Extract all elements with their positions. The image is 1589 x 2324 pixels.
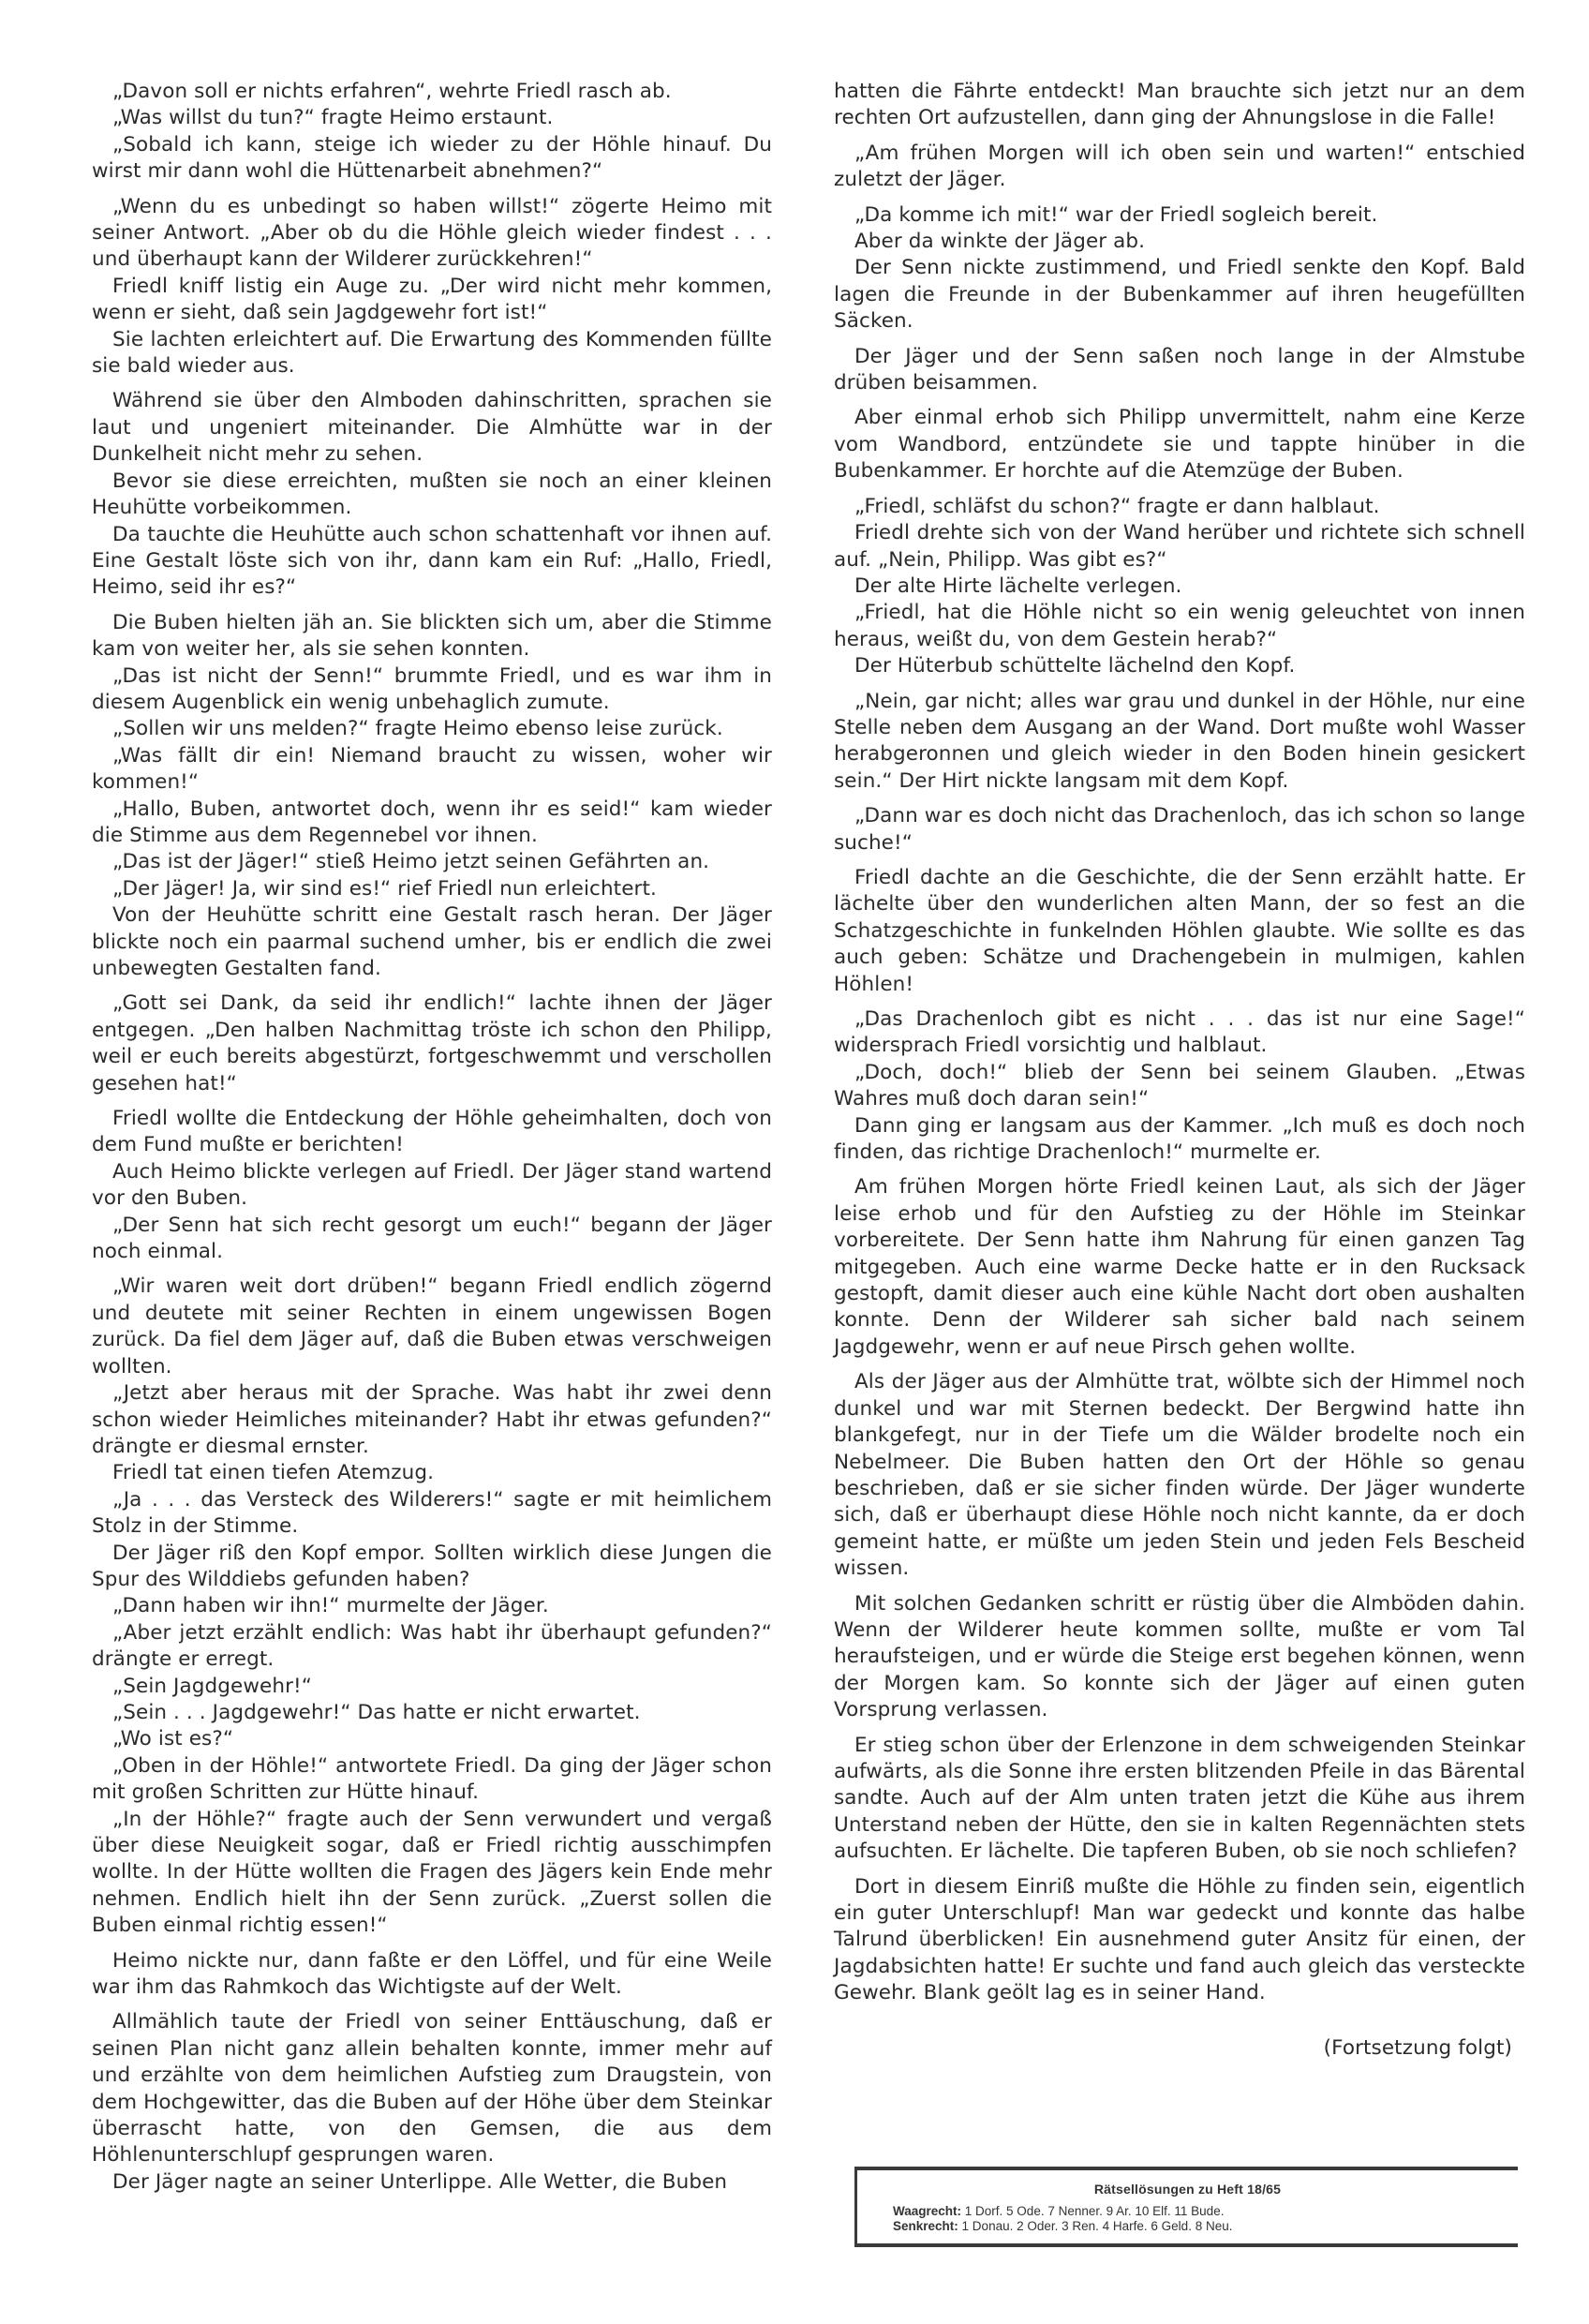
paragraph: Aber einmal erhob sich Philipp unvermitt… — [834, 405, 1525, 484]
paragraph: „In der Höhle?“ fragte auch der Senn ver… — [92, 1807, 772, 1940]
paragraph: „Wo ist es?“ — [92, 1726, 772, 1752]
paragraph: „Hallo, Buben, antwortet doch, wenn ihr … — [92, 797, 772, 850]
paragraph: Der Jäger nagte an seiner Unterlippe. Al… — [92, 2169, 772, 2196]
paragraph: „Sein Jagdgewehr!“ — [92, 1674, 772, 1700]
solutions-row-answers: 1 Donau. 2 Oder. 3 Ren. 4 Harfe. 6 Geld.… — [962, 2219, 1233, 2233]
paragraph: Friedl tat einen tiefen Atemzug. — [92, 1460, 772, 1486]
paragraph: „Das ist der Jäger!“ stieß Heimo jetzt s… — [92, 849, 772, 875]
paragraph: „Wir waren weit dort drüben!“ begann Fri… — [92, 1274, 772, 1380]
paragraph: „Dann haben wir ihn!“ murmelte der Jäger… — [92, 1593, 772, 1619]
paragraph: Friedl dachte an die Geschichte, die der… — [834, 865, 1525, 998]
paragraph: „Das ist nicht der Senn!“ brummte Friedl… — [92, 663, 772, 717]
paragraph: „Sobald ich kann, steige ich wieder zu d… — [92, 132, 772, 186]
magazine-page: „Davon soll er nichts erfahren“, wehrte … — [0, 0, 1589, 2324]
solutions-row-label: Waagrecht: — [893, 2204, 961, 2218]
paragraph: Friedl wollte die Entdeckung der Höhle g… — [92, 1106, 772, 1159]
right-text-column: hatten die Fährte entdeckt! Man brauchte… — [834, 79, 1525, 2062]
paragraph: „Das Drachenloch gibt es nicht . . . das… — [834, 1006, 1525, 1060]
paragraph: „Jetzt aber heraus mit der Sprache. Was … — [92, 1380, 772, 1460]
paragraph: Allmählich taute der Friedl von seiner E… — [92, 2009, 772, 2168]
paragraph: „Nein, gar nicht; alles war grau und dun… — [834, 689, 1525, 796]
paragraph: Heimo nickte nur, dann faßte er den Löff… — [92, 1948, 772, 2002]
paragraph: „Oben in der Höhle!“ antwortete Friedl. … — [92, 1753, 772, 1807]
solutions-row-answers: 1 Dorf. 5 Ode. 7 Nenner. 9 Ar. 10 Elf. 1… — [965, 2204, 1225, 2218]
puzzle-solutions-title: Rätsellösungen zu Heft 18/65 — [857, 2182, 1518, 2197]
puzzle-solutions-box: Rätsellösungen zu Heft 18/65 Waagrecht: … — [854, 2167, 1518, 2247]
paragraph: „Sein . . . Jagdgewehr!“ Das hatte er ni… — [92, 1700, 772, 1726]
solutions-row-down: Senkrecht: 1 Donau. 2 Oder. 3 Ren. 4 Har… — [893, 2219, 1518, 2234]
paragraph: „Der Senn hat sich recht gesorgt um euch… — [92, 1213, 772, 1266]
paragraph: Von der Heuhütte schritt eine Gestalt ra… — [92, 902, 772, 982]
paragraph: „Dann war es doch nicht das Drachenloch,… — [834, 803, 1525, 857]
paragraph: Die Buben hielten jäh an. Sie blickten s… — [92, 610, 772, 663]
paragraph: Am frühen Morgen hörte Friedl keinen Lau… — [834, 1174, 1525, 1361]
paragraph: Der Hüterbub schüttelte lächelnd den Kop… — [834, 653, 1525, 679]
paragraph: Auch Heimo blickte verlegen auf Friedl. … — [92, 1159, 772, 1213]
paragraph: Als der Jäger aus der Almhütte trat, wöl… — [834, 1369, 1525, 1582]
paragraph: „Was willst du tun?“ fragte Heimo erstau… — [92, 105, 772, 131]
continued-note: (Fortsetzung folgt) — [834, 2035, 1525, 2062]
paragraph: Bevor sie diese erreichten, mußten sie n… — [92, 469, 772, 522]
left-text-column: „Davon soll er nichts erfahren“, wehrte … — [92, 79, 772, 2196]
paragraph: „Wenn du es unbedingt so haben willst!“ … — [92, 194, 772, 274]
paragraph: Dann ging er langsam aus der Kammer. „Ic… — [834, 1113, 1525, 1167]
paragraph: „Gott sei Dank, da seid ihr endlich!“ la… — [92, 991, 772, 1097]
paragraph: Der Jäger und der Senn saßen noch lange … — [834, 344, 1525, 397]
paragraph: „Da komme ich mit!“ war der Friedl sogle… — [834, 202, 1525, 229]
paragraph: „Der Jäger! Ja, wir sind es!“ rief Fried… — [92, 876, 772, 902]
paragraph: Friedl kniff listig ein Auge zu. „Der wi… — [92, 274, 772, 327]
paragraph: Er stieg schon über der Erlenzone in dem… — [834, 1733, 1525, 1866]
paragraph: „Aber jetzt erzählt endlich: Was habt ih… — [92, 1620, 772, 1674]
paragraph: „Davon soll er nichts erfahren“, wehrte … — [92, 79, 772, 105]
paragraph: Dort in diesem Einriß mußte die Höhle zu… — [834, 1874, 1525, 2007]
paragraph: „Ja . . . das Versteck des Wilderers!“ s… — [92, 1487, 772, 1541]
paragraph: „Sollen wir uns melden?“ fragte Heimo eb… — [92, 716, 772, 742]
paragraph: Friedl drehte sich von der Wand herüber … — [834, 520, 1525, 574]
paragraph: Während sie über den Almboden dahinschri… — [92, 388, 772, 468]
paragraph: Mit solchen Gedanken schritt er rüstig ü… — [834, 1591, 1525, 1724]
solutions-row-across: Waagrecht: 1 Dorf. 5 Ode. 7 Nenner. 9 Ar… — [893, 2204, 1518, 2219]
paragraph: „Am frühen Morgen will ich oben sein und… — [834, 141, 1525, 194]
solutions-row-label: Senkrecht: — [893, 2219, 958, 2233]
paragraph: „Friedl, hat die Höhle nicht so ein weni… — [834, 600, 1525, 653]
paragraph: Der Jäger riß den Kopf empor. Sollten wi… — [92, 1541, 772, 1594]
paragraph: hatten die Fährte entdeckt! Man brauchte… — [834, 79, 1525, 132]
paragraph: „Doch, doch!“ blieb der Senn bei seinem … — [834, 1060, 1525, 1113]
paragraph: Da tauchte die Heuhütte auch schon schat… — [92, 522, 772, 602]
paragraph: Der alte Hirte lächelte verlegen. — [834, 574, 1525, 600]
paragraph: „Was fällt dir ein! Niemand braucht zu w… — [92, 743, 772, 797]
paragraph: Der Senn nickte zustimmend, und Friedl s… — [834, 255, 1525, 335]
paragraph: Sie lachten erleichtert auf. Die Erwartu… — [92, 327, 772, 380]
paragraph: Aber da winkte der Jäger ab. — [834, 229, 1525, 255]
paragraph: „Friedl, schläfst du schon?“ fragte er d… — [834, 494, 1525, 520]
